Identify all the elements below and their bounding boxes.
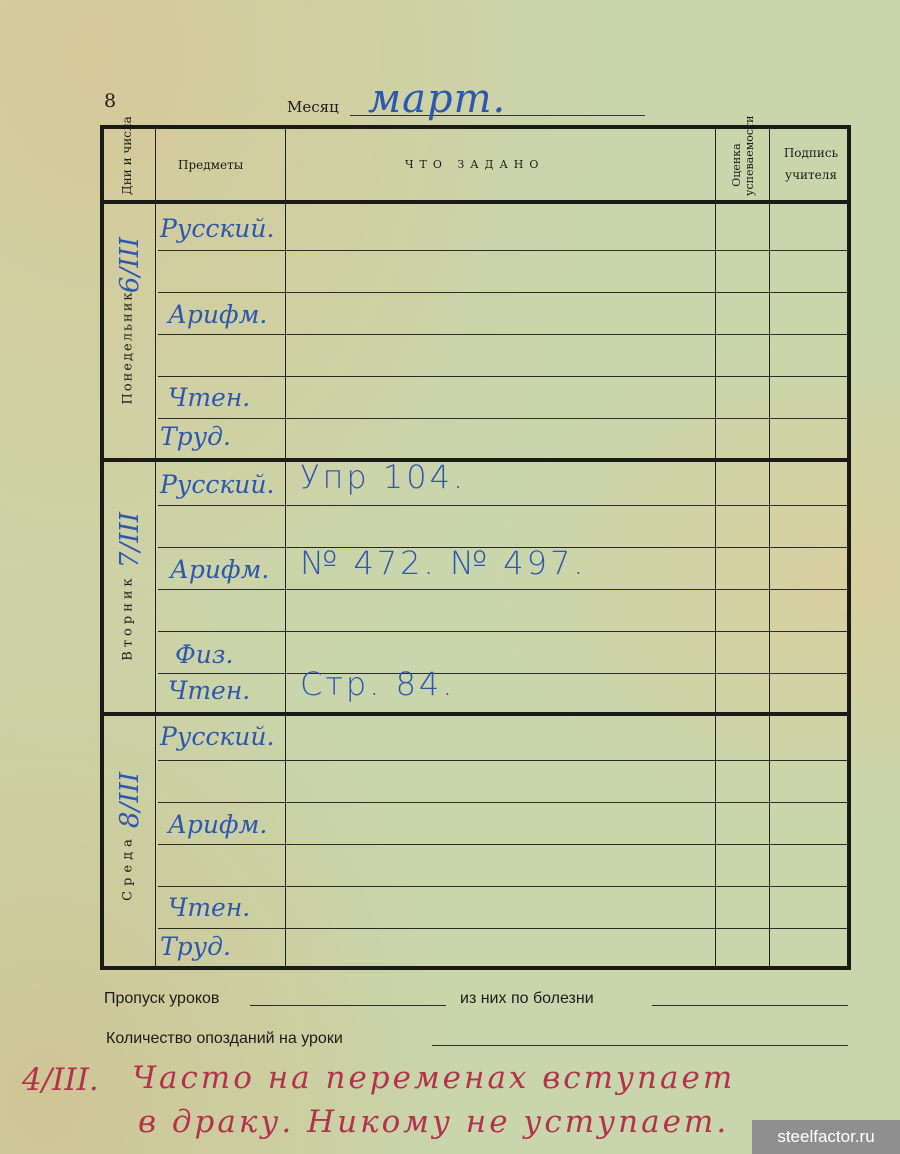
note-date: 4/III.: [22, 1062, 99, 1098]
task-entry: № 472. № 497.: [300, 544, 587, 582]
subject-entry: Арифм.: [170, 555, 269, 584]
late-field[interactable]: [432, 1045, 848, 1046]
subject-entry: Труд.: [160, 932, 231, 961]
month-label: Месяц: [287, 98, 339, 116]
header-signature-2: учителя: [775, 168, 847, 182]
task-entry: Стр. 84.: [300, 665, 455, 703]
day-date-wednesday: 8/III: [115, 760, 145, 840]
task-entry: Упр 104.: [300, 458, 466, 496]
column-divider: [155, 127, 156, 968]
header-grade: Оценка успеваемости: [730, 134, 756, 196]
subject-entry: Арифм.: [168, 300, 267, 329]
month-value: март.: [368, 76, 506, 122]
header-signature-1: Подпись: [775, 146, 847, 160]
subject-entry: Русский.: [160, 470, 274, 499]
day-date-tuesday: 7/III: [115, 500, 145, 580]
sick-label: из них по болезни: [460, 990, 594, 1008]
sick-field[interactable]: [652, 1005, 848, 1006]
late-label: Количество опозданий на уроки: [106, 1030, 343, 1048]
subject-entry: Чтен.: [168, 893, 250, 922]
page-number: 8: [104, 90, 116, 112]
header-days: Дни и числа: [120, 129, 134, 195]
note-line-2: в драку. Никому не уступает.: [138, 1104, 729, 1140]
day-divider: [100, 712, 851, 716]
header-subjects: Предметы: [178, 158, 243, 172]
day-divider: [100, 458, 851, 462]
missed-lessons-label: Пропуск уроков: [104, 990, 219, 1008]
subject-entry: Чтен.: [168, 383, 250, 412]
subject-entry: Чтен.: [168, 676, 250, 705]
subject-entry: Арифм.: [168, 810, 267, 839]
subject-entry: Труд.: [160, 422, 231, 451]
subject-entry: Физ.: [175, 640, 233, 669]
watermark: steelfactor.ru: [752, 1120, 900, 1154]
header-task: ЧТО ЗАДАНО: [405, 158, 544, 171]
header-divider: [100, 200, 851, 204]
subject-entry: Русский.: [160, 214, 274, 243]
subject-entry: Русский.: [160, 722, 274, 751]
day-date-monday: 6/III: [115, 225, 145, 305]
note-line-1: Часто на переменах вступает: [132, 1060, 735, 1096]
missed-lessons-field[interactable]: [250, 1005, 446, 1006]
